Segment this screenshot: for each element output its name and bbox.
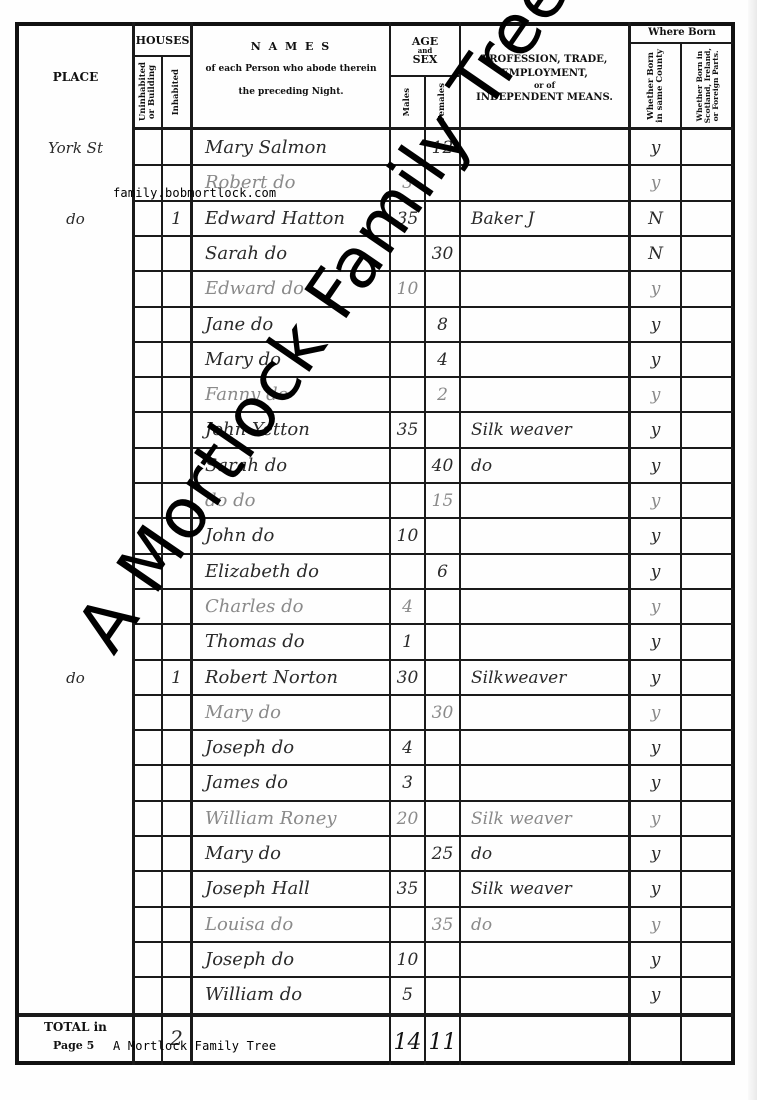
cell-males: 10	[391, 942, 424, 977]
cell-born-county: y	[631, 554, 680, 589]
cell-born-foreign	[682, 483, 733, 518]
page-edge	[748, 0, 757, 1100]
cell-profession	[461, 483, 638, 518]
cell-born-county: N	[631, 201, 680, 236]
cell-females	[426, 518, 459, 553]
census-page: PLACE HOUSES Uninhabited or Building Inh…	[0, 0, 757, 1100]
cell-born-county: y	[631, 836, 680, 871]
cell-inhabited	[163, 271, 190, 306]
cell-females	[426, 660, 459, 695]
cell-born-county: y	[631, 448, 680, 483]
cell-name: Elizabeth do	[193, 554, 401, 589]
cell-name: Mary do	[193, 836, 401, 871]
cell-born-county: y	[631, 907, 680, 942]
cell-inhabited	[163, 307, 190, 342]
cell-born-foreign	[682, 801, 733, 836]
cell-profession: do	[461, 836, 638, 871]
cell-born-county: y	[631, 589, 680, 624]
cell-name: Joseph Hall	[193, 871, 401, 906]
cell-profession	[461, 165, 638, 200]
cell-females	[426, 801, 459, 836]
cell-born-county: y	[631, 271, 680, 306]
cell-born-county: y	[631, 660, 680, 695]
cell-males: 4	[391, 589, 424, 624]
cell-place	[19, 801, 132, 836]
cell-profession: Silkweaver	[461, 660, 638, 695]
cell-profession	[461, 589, 638, 624]
cell-born-foreign	[682, 942, 733, 977]
header-place: PLACE	[19, 26, 132, 128]
cell-females: 4	[426, 342, 459, 377]
cell-place	[19, 730, 132, 765]
cell-profession	[461, 518, 638, 553]
houses-divider	[133, 55, 191, 57]
cell-uninhabited	[134, 977, 161, 1012]
cell-born-foreign	[682, 836, 733, 871]
cell-inhabited	[163, 765, 190, 800]
cell-uninhabited	[134, 871, 161, 906]
cell-place: York St	[19, 130, 132, 165]
cell-born-county: y	[631, 165, 680, 200]
cell-born-foreign	[682, 624, 733, 659]
cell-uninhabited	[134, 942, 161, 977]
cell-born-county: y	[631, 624, 680, 659]
cell-born-foreign	[682, 165, 733, 200]
cell-profession: Silk weaver	[461, 871, 638, 906]
cell-profession: Silk weaver	[461, 412, 638, 447]
cell-females: 15	[426, 483, 459, 518]
cell-profession: Baker J	[461, 201, 638, 236]
cell-born-foreign	[682, 448, 733, 483]
cell-females: 2	[426, 377, 459, 412]
cell-inhabited	[163, 342, 190, 377]
cell-place	[19, 271, 132, 306]
cell-females: 6	[426, 554, 459, 589]
cell-uninhabited	[134, 836, 161, 871]
watermark-footer-text: A Mortlock Family Tree	[113, 1039, 276, 1053]
cell-profession	[461, 942, 638, 977]
cell-inhabited	[163, 730, 190, 765]
cell-inhabited	[163, 836, 190, 871]
cell-males	[391, 483, 424, 518]
cell-place	[19, 377, 132, 412]
cell-place	[19, 342, 132, 377]
cell-place	[19, 907, 132, 942]
cell-inhabited	[163, 942, 190, 977]
cell-uninhabited	[134, 660, 161, 695]
cell-females	[426, 765, 459, 800]
cell-inhabited	[163, 907, 190, 942]
cell-born-county: y	[631, 307, 680, 342]
cell-inhabited	[163, 871, 190, 906]
cell-females	[426, 412, 459, 447]
cell-inhabited	[163, 130, 190, 165]
cell-name: Mary do	[193, 695, 401, 730]
cell-males	[391, 307, 424, 342]
cell-place: do	[19, 201, 132, 236]
total-males: 14	[391, 1020, 424, 1064]
cell-profession	[461, 624, 638, 659]
cell-name: Joseph do	[193, 730, 401, 765]
header-born-same-county: Whether Born in same County	[631, 45, 680, 127]
cell-profession	[461, 977, 638, 1012]
cell-profession	[461, 236, 638, 271]
cell-born-foreign	[682, 765, 733, 800]
cell-females	[426, 977, 459, 1012]
cell-males	[391, 836, 424, 871]
cell-place: do	[19, 660, 132, 695]
cell-born-foreign	[682, 412, 733, 447]
cell-males	[391, 342, 424, 377]
cell-born-foreign	[682, 342, 733, 377]
cell-born-foreign	[682, 236, 733, 271]
cell-name: Louisa do	[193, 907, 401, 942]
cell-uninhabited	[134, 907, 161, 942]
cell-born-foreign	[682, 307, 733, 342]
cell-place	[19, 236, 132, 271]
cell-males	[391, 448, 424, 483]
cell-females: 30	[426, 236, 459, 271]
cell-name: William Roney	[193, 801, 401, 836]
cell-females	[426, 942, 459, 977]
cell-uninhabited	[134, 236, 161, 271]
cell-born-foreign	[682, 695, 733, 730]
watermark-site-url: family.bobmortlock.com	[113, 186, 276, 200]
cell-born-foreign	[682, 518, 733, 553]
cell-born-county: y	[631, 483, 680, 518]
header-uninhabited: Uninhabited or Building	[134, 58, 161, 126]
cell-inhabited	[163, 977, 190, 1012]
cell-place	[19, 483, 132, 518]
cell-uninhabited	[134, 695, 161, 730]
cell-born-county: y	[631, 412, 680, 447]
cell-profession: Silk weaver	[461, 801, 638, 836]
cell-place	[19, 307, 132, 342]
cell-females: 35	[426, 907, 459, 942]
header-born-scotland: Whether Born in Scotland, Ireland, or Fo…	[682, 45, 733, 127]
cell-born-foreign	[682, 201, 733, 236]
cell-males	[391, 907, 424, 942]
cell-males	[391, 695, 424, 730]
cell-profession	[461, 554, 638, 589]
cell-born-county: y	[631, 342, 680, 377]
cell-males: 10	[391, 271, 424, 306]
cell-place	[19, 695, 132, 730]
cell-profession	[461, 377, 638, 412]
cell-profession	[461, 695, 638, 730]
cell-males: 30	[391, 660, 424, 695]
cell-profession: do	[461, 907, 638, 942]
cell-place	[19, 871, 132, 906]
header-where-born: Where Born	[631, 25, 733, 42]
cell-uninhabited	[134, 412, 161, 447]
cell-born-county: y	[631, 801, 680, 836]
cell-born-county: y	[631, 765, 680, 800]
cell-place	[19, 765, 132, 800]
cell-born-foreign	[682, 130, 733, 165]
cell-females: 25	[426, 836, 459, 871]
cell-males: 5	[391, 977, 424, 1012]
cell-uninhabited	[134, 730, 161, 765]
cell-females: 40	[426, 448, 459, 483]
cell-profession	[461, 730, 638, 765]
cell-uninhabited	[134, 765, 161, 800]
cell-born-foreign	[682, 554, 733, 589]
cell-name: Joseph do	[193, 942, 401, 977]
cell-profession	[461, 271, 638, 306]
cell-born-county: y	[631, 518, 680, 553]
cell-profession	[461, 342, 638, 377]
cell-females	[426, 871, 459, 906]
cell-name: Charles do	[193, 589, 401, 624]
cell-born-county: y	[631, 695, 680, 730]
cell-males: 35	[391, 871, 424, 906]
cell-place	[19, 412, 132, 447]
cell-place	[19, 977, 132, 1012]
cell-inhabited	[163, 377, 190, 412]
cell-males: 10	[391, 518, 424, 553]
cell-born-county: y	[631, 871, 680, 906]
cell-males: 3	[391, 765, 424, 800]
cell-born-foreign	[682, 377, 733, 412]
header-houses: HOUSES	[134, 26, 191, 55]
cell-uninhabited	[134, 271, 161, 306]
cell-females	[426, 624, 459, 659]
cell-born-county: y	[631, 730, 680, 765]
cell-inhabited	[163, 624, 190, 659]
cell-born-county: y	[631, 942, 680, 977]
cell-profession: do	[461, 448, 638, 483]
cell-uninhabited	[134, 801, 161, 836]
cell-name: Robert Norton	[193, 660, 401, 695]
cell-born-foreign	[682, 907, 733, 942]
page-label: Page 5	[53, 1039, 94, 1052]
cell-profession	[461, 307, 638, 342]
total-label: TOTAL in	[44, 1020, 107, 1034]
total-top-line	[19, 1013, 733, 1017]
cell-females: 8	[426, 307, 459, 342]
cell-place	[19, 942, 132, 977]
cell-born-foreign	[682, 271, 733, 306]
cell-inhabited: 1	[163, 660, 190, 695]
cell-born-county: y	[631, 130, 680, 165]
cell-inhabited	[163, 695, 190, 730]
where-born-divider	[630, 42, 733, 44]
cell-profession	[461, 765, 638, 800]
cell-name: William do	[193, 977, 401, 1012]
cell-uninhabited	[134, 377, 161, 412]
cell-born-foreign	[682, 977, 733, 1012]
cell-inhabited	[163, 236, 190, 271]
total-females: 11	[426, 1020, 459, 1064]
cell-males: 1	[391, 624, 424, 659]
cell-born-county: N	[631, 236, 680, 271]
cell-name: Thomas do	[193, 624, 401, 659]
cell-females: 30	[426, 695, 459, 730]
cell-females	[426, 730, 459, 765]
cell-born-foreign	[682, 871, 733, 906]
cell-name: Mary Salmon	[193, 130, 401, 165]
cell-males: 20	[391, 801, 424, 836]
header-inhabited: Inhabited	[163, 58, 190, 126]
cell-males: 35	[391, 412, 424, 447]
cell-born-foreign	[682, 730, 733, 765]
cell-born-foreign	[682, 660, 733, 695]
cell-males: 4	[391, 730, 424, 765]
header-names: N A M E S of each Person who abode there…	[193, 30, 389, 126]
cell-females	[426, 589, 459, 624]
cell-uninhabited	[134, 130, 161, 165]
cell-inhabited: 1	[163, 201, 190, 236]
cell-born-county: y	[631, 977, 680, 1012]
cell-females	[426, 271, 459, 306]
cell-males	[391, 554, 424, 589]
cell-uninhabited	[134, 342, 161, 377]
cell-name: James do	[193, 765, 401, 800]
cell-males	[391, 377, 424, 412]
cell-born-foreign	[682, 589, 733, 624]
cell-place	[19, 448, 132, 483]
cell-uninhabited	[134, 201, 161, 236]
cell-born-county: y	[631, 377, 680, 412]
cell-place	[19, 836, 132, 871]
cell-uninhabited	[134, 307, 161, 342]
cell-inhabited	[163, 801, 190, 836]
